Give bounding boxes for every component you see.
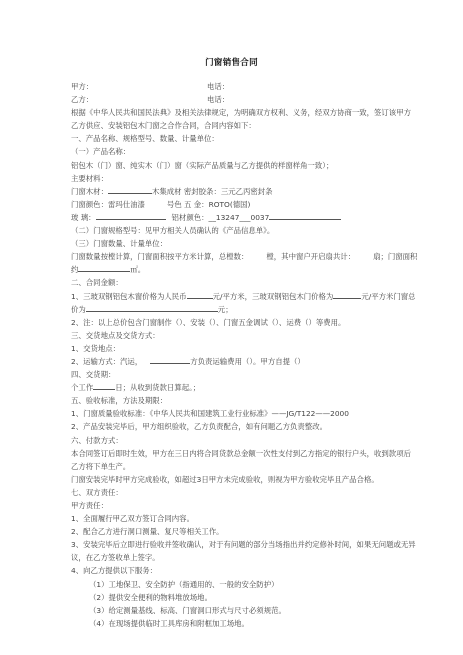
service-item-4: （4）在现场提供临时工具库房和附框加工场地。 [71, 617, 395, 630]
door-price-blank[interactable] [333, 290, 361, 299]
glass-label: 玻 璃： [71, 213, 96, 222]
wood-line: 门窗木材：木集成材 密封胶条：三元乙丙密封条 [71, 185, 395, 198]
workdays-blank[interactable] [93, 381, 115, 390]
intro-line-2: 乙方供应、安装铝包木门窗之合作合同，合同内容如下： [71, 119, 395, 132]
price-text-e: 元； [218, 305, 233, 314]
color-suffix: 号色 五 金：ROTO(德国) [167, 200, 251, 209]
qty-text-a: 门窗数量按樘计算，门窗面积按平方米计算，总樘数： [71, 252, 248, 261]
qty-text-c: 扇；门窗面积 [373, 252, 417, 261]
area-blank[interactable] [78, 263, 130, 272]
acceptance-item-1: 1、门窗质量验收标准：《中华人民共和国建筑工业行业标准》——JG/T122——2… [71, 407, 395, 420]
section-7-heading: 七、双方责任： [71, 486, 395, 499]
transport-text-a: 2、运输方式：汽运， [71, 357, 142, 366]
transport-blank[interactable] [150, 355, 190, 364]
payment-para-2: 门窗安装完毕时甲方完成验收，如超过3日甲方未完成验收，则视为甲方验收完毕且产品合… [71, 473, 395, 486]
document-body: 甲方： 电话： 乙方： 电话： 根据《中华人民共和国民法典》及相关法律规定，为明… [71, 80, 395, 630]
document-title: 门窗销售合同 [0, 56, 463, 68]
wood-blank[interactable] [108, 185, 152, 194]
alu-blank[interactable] [269, 211, 341, 220]
price-text-b: 元/平方米，三玻双钢铝包木门价格为 [213, 292, 334, 301]
price-text-c: 元/平方米门窗总 [361, 292, 415, 301]
area-suffix: ㎡。 [130, 265, 145, 274]
acceptance-item-2: 2、产品安装完毕后，甲方组织验收，乙方负责配合，如有问题乙方负责整改。 [71, 420, 395, 433]
window-price-blank[interactable] [187, 290, 213, 299]
alu-value: __13247___0037 [209, 213, 270, 222]
delivery-term-a: 个工作 [71, 383, 93, 392]
intro-line-1: 根据《中华人民共和国民法典》及相关法律规定，为明确双方权利、义务，经双方协商一致… [71, 106, 395, 119]
area-prefix: 约 [71, 265, 78, 274]
duty-item-3b: 议，在乙方签收单上签字。 [71, 551, 395, 564]
payment-para-1b: 乙方将下单生产。 [71, 460, 395, 473]
section-2-heading: 二、合同金额： [71, 276, 395, 289]
wood-label: 门窗木材： [71, 187, 108, 196]
price-text-a: 1、三玻双钢铝包木窗价格为人民币 [71, 292, 187, 301]
glass-line: 玻 璃：铝材颜色：__13247___0037 [71, 211, 395, 224]
section-1-sub1: （一）产品名称： [71, 145, 395, 158]
service-item-1: （1）工地保卫、安全防护（指通用的、一般的安全防护） [71, 578, 395, 591]
section-1-sub3: （三）门窗数量、计量单位： [71, 237, 395, 250]
delivery-place: 1、交货地点： [71, 342, 395, 355]
total-price-blank[interactable] [86, 303, 218, 312]
section-1-heading: 一、产品名称、规格型号、数量、计量单位： [71, 132, 395, 145]
service-item-3: （3）给定测量基线、标高、门窗洞口形式与尺寸必须规范。 [71, 604, 395, 617]
party-a-row: 甲方： 电话： [71, 80, 395, 93]
party-a-label: 甲方： [71, 80, 207, 93]
section-1-sub2: （二）门窗规格型号：见甲方相关人员确认的《产品信息单》。 [71, 224, 395, 237]
area-line: 约㎡。 [71, 263, 395, 276]
party-a-phone-label: 电话： [207, 80, 229, 93]
delivery-term-line: 个工作日；从收到货款日算起。； [71, 381, 395, 394]
alu-label: 铝材颜色： [172, 213, 209, 222]
price-note: 2、注：以上总价包含门窗制作（）、安装（）、门窗五金调试（）、运费（）等费用。 [71, 316, 395, 329]
duty-item-2: 2、配合乙方进行洞口测量、复尺等相关工作。 [71, 525, 395, 538]
price-line-2: 价为元； [71, 303, 395, 316]
price-line-1: 1、三玻双钢铝包木窗价格为人民币元/平方米，三玻双钢铝包木门价格为元/平方米门窗… [71, 290, 395, 303]
transport-line: 2、运输方式：汽运，方负责运输费用（）。甲方自提（） [71, 355, 395, 368]
wood-suffix: 木集成材 密封胶条：三元乙丙密封条 [152, 187, 273, 196]
materials-heading: 主要材料： [71, 172, 395, 185]
glass-blank[interactable] [96, 211, 166, 220]
quantity-line: 门窗数量按樘计算，门窗面积按平方米计算，总樘数：樘，其中窗户开启扇共计：扇；门窗… [71, 250, 395, 263]
section-4-heading: 四、交货期： [71, 368, 395, 381]
section-3-heading: 三、交货地点及交货方式： [71, 329, 395, 342]
duty-item-1: 1、全面履行甲乙双方签订合同内容。 [71, 512, 395, 525]
qty-text-b: 樘，其中窗户开启扇共计： [266, 252, 355, 261]
party-b-row: 乙方： 电话： [71, 93, 395, 106]
party-b-phone-label: 电话： [207, 93, 229, 106]
payment-para-1a: 本合同签订后即时生效，甲方在三日内将合同货款总金额一次性支付到乙方指定的银行户头… [71, 447, 395, 460]
document-page: 门窗销售合同 甲方： 电话： 乙方： 电话： 根据《中华人民共和国民法典》及相关… [0, 0, 463, 655]
price-text-d: 价为 [71, 305, 86, 314]
color-label: 门窗颜色：雷玛仕油漆 [71, 200, 145, 209]
section-6-heading: 六、付款方式： [71, 434, 395, 447]
section-5-heading: 五、验收标准，方法及期限： [71, 394, 395, 407]
color-line: 门窗颜色：雷玛仕油漆号色 五 金：ROTO(德国) [71, 198, 395, 211]
transport-text-b: 方负责运输费用（）。甲方自提（） [190, 357, 305, 366]
duty-item-4: 4、向乙方提供以下服务： [71, 564, 395, 577]
party-b-label: 乙方： [71, 93, 207, 106]
service-item-2: （2）提供安全便利的物料堆放场地。 [71, 591, 395, 604]
product-line: 铝包木（门）窗、纯实木（门）窗（实际产品质量与乙方提供的样窗样角一致）； [71, 159, 395, 172]
duty-item-3a: 3、安装完毕后立即进行验收并签收确认，对于有问题的部分当场指出并约定修补时间，如… [71, 538, 395, 551]
party-a-duties-heading: 甲方责任： [71, 499, 395, 512]
delivery-term-b: 日；从收到货款日算起。； [115, 383, 200, 392]
